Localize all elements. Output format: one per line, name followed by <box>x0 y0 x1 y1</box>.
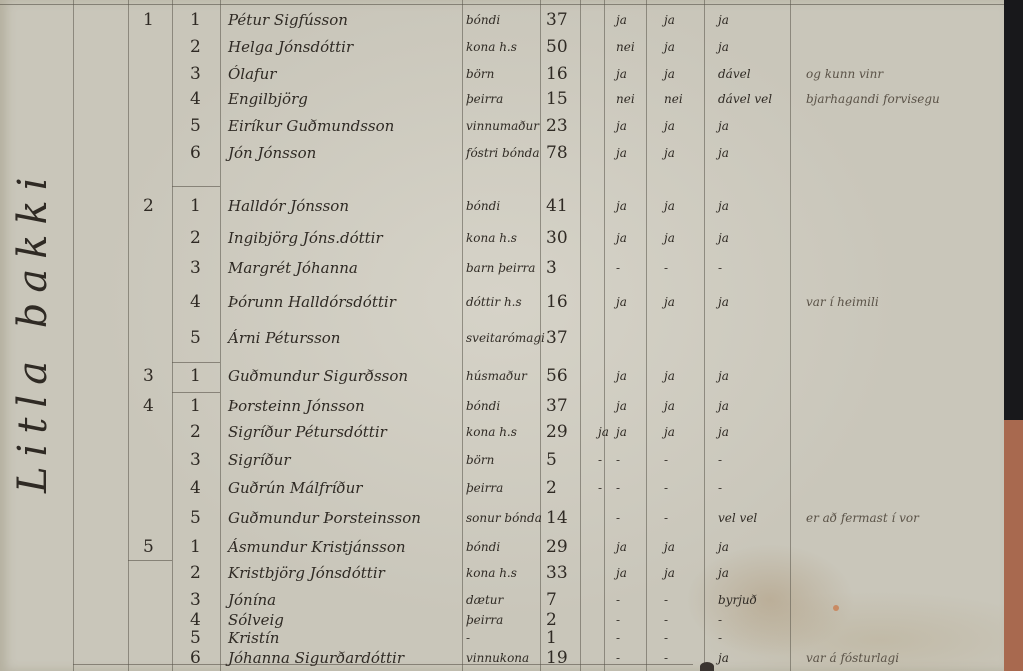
column-4-mark: vel vel <box>718 508 757 528</box>
column-3-mark: ja <box>664 116 675 136</box>
person-number: 5 <box>190 328 201 348</box>
column-4-mark: - <box>718 478 722 498</box>
column-3-mark: ja <box>664 366 675 386</box>
column-4-mark: ja <box>718 648 729 668</box>
person-number: 5 <box>190 508 201 528</box>
household-separator <box>128 560 172 561</box>
household-separator <box>172 392 220 393</box>
person-name: Sólveig <box>228 610 284 630</box>
person-name: Jónína <box>228 590 276 610</box>
person-number: 5 <box>190 116 201 136</box>
column-3-mark: - <box>664 610 668 630</box>
column-2-mark: - <box>616 628 620 648</box>
age: 29 <box>546 537 568 557</box>
farm-name-margin-note: Litla bakki <box>10 120 90 540</box>
age: 16 <box>546 292 568 312</box>
column-rule <box>220 0 221 671</box>
column-3-mark: - <box>664 590 668 610</box>
age: 15 <box>546 89 568 109</box>
column-4-mark: ja <box>718 116 729 136</box>
column-3-mark: - <box>664 450 668 470</box>
column-2-mark: ja <box>616 116 627 136</box>
column-3-mark: - <box>664 648 668 668</box>
remarks: og kunn vinr <box>806 64 883 84</box>
column-1-mark: - <box>598 478 602 498</box>
column-2-mark: ja <box>616 143 627 163</box>
household-position: börn <box>466 64 494 84</box>
column-3-mark: ja <box>664 143 675 163</box>
age: 37 <box>546 328 568 348</box>
person-number: 5 <box>190 628 201 648</box>
household-number: 3 <box>143 366 154 386</box>
person-name: Jóhanna Sigurðardóttir <box>228 648 404 668</box>
column-3-mark: ja <box>664 563 675 583</box>
column-4-mark: ja <box>718 196 729 216</box>
age: 19 <box>546 648 568 668</box>
person-number: 2 <box>190 422 201 442</box>
person-name: Guðmundur Þorsteinsson <box>228 508 421 528</box>
column-rule <box>790 0 791 671</box>
ink-blot <box>700 662 714 671</box>
person-number: 1 <box>190 537 201 557</box>
column-4-mark: - <box>718 450 722 470</box>
person-number: 6 <box>190 648 201 668</box>
paper-stain <box>833 605 839 611</box>
column-2-mark: - <box>616 648 620 668</box>
column-2-mark: ja <box>616 366 627 386</box>
person-name: Þórunn Halldórsdóttir <box>228 292 396 312</box>
person-number: 4 <box>190 610 201 630</box>
age: 41 <box>546 196 568 216</box>
column-3-mark: ja <box>664 64 675 84</box>
household-position: bóndi <box>466 396 500 416</box>
column-3-mark: - <box>664 478 668 498</box>
person-name: Margrét Jóhanna <box>228 258 358 278</box>
column-3-mark: nei <box>664 89 683 109</box>
column-1-mark: ja <box>598 422 609 442</box>
person-name: Sigríður <box>228 450 291 470</box>
age: 33 <box>546 563 568 583</box>
household-separator <box>172 186 220 187</box>
column-2-mark: ja <box>616 64 627 84</box>
column-3-mark: - <box>664 628 668 648</box>
household-position: kona h.s <box>466 37 517 57</box>
column-3-mark: ja <box>664 10 675 30</box>
household-position: kona h.s <box>466 422 517 442</box>
column-2-mark: ja <box>616 196 627 216</box>
person-name: Engilbjörg <box>228 89 308 109</box>
person-number: 4 <box>190 89 201 109</box>
person-number: 3 <box>190 450 201 470</box>
column-2-mark: ja <box>616 292 627 312</box>
column-2-mark: nei <box>616 37 635 57</box>
column-4-mark: ja <box>718 143 729 163</box>
column-2-mark: ja <box>616 537 627 557</box>
age: 5 <box>546 450 557 470</box>
household-position: þeirra <box>466 610 503 630</box>
household-position: fóstri bónda <box>466 143 540 163</box>
household-number: 4 <box>143 396 154 416</box>
age: 50 <box>546 37 568 57</box>
column-rule <box>704 0 705 671</box>
person-number: 3 <box>190 590 201 610</box>
household-position: bóndi <box>466 537 500 557</box>
column-rule <box>580 0 581 671</box>
remarks: var í heimili <box>806 292 879 312</box>
column-rule <box>462 0 463 671</box>
column-rule <box>604 0 605 671</box>
person-name: Ólafur <box>228 64 276 84</box>
person-name: Halldór Jónsson <box>228 196 349 216</box>
column-3-mark: ja <box>664 196 675 216</box>
household-position: börn <box>466 450 494 470</box>
column-2-mark: ja <box>616 228 627 248</box>
household-position: húsmaður <box>466 366 527 386</box>
column-2-mark: - <box>616 590 620 610</box>
age: 16 <box>546 64 568 84</box>
household-position: dóttir h.s <box>466 292 522 312</box>
person-name: Þorsteinn Jónsson <box>228 396 365 416</box>
book-cover-red <box>1004 420 1023 671</box>
household-position: vinnumaður <box>466 116 539 136</box>
column-3-mark: ja <box>664 292 675 312</box>
age: 7 <box>546 590 557 610</box>
household-position: - <box>466 628 470 648</box>
person-number: 2 <box>190 563 201 583</box>
person-number: 6 <box>190 143 201 163</box>
column-4-mark: ja <box>718 396 729 416</box>
age: 78 <box>546 143 568 163</box>
column-4-mark: - <box>718 610 722 630</box>
column-3-mark: ja <box>664 37 675 57</box>
age: 30 <box>546 228 568 248</box>
person-name: Kristín <box>228 628 279 648</box>
column-4-mark: byrjuð <box>718 590 757 610</box>
age: 14 <box>546 508 568 528</box>
person-number: 1 <box>190 366 201 386</box>
column-4-mark: ja <box>718 292 729 312</box>
person-name: Pétur Sigfússon <box>228 10 348 30</box>
column-2-mark: - <box>616 478 620 498</box>
column-rule <box>646 0 647 671</box>
person-name: Ingibjörg Jóns.dóttir <box>228 228 383 248</box>
household-number: 5 <box>143 537 154 557</box>
age: 1 <box>546 628 557 648</box>
person-number: 1 <box>190 196 201 216</box>
column-3-mark: - <box>664 258 668 278</box>
person-number: 3 <box>190 258 201 278</box>
person-name: Helga Jónsdóttir <box>228 37 353 57</box>
household-position: sveitarómagi <box>466 328 545 348</box>
column-3-mark: - <box>664 508 668 528</box>
column-2-mark: ja <box>616 422 627 442</box>
column-2-mark: ja <box>616 396 627 416</box>
column-4-mark: ja <box>718 228 729 248</box>
column-2-mark: nei <box>616 89 635 109</box>
column-3-mark: ja <box>664 537 675 557</box>
book-cover-dark <box>1004 0 1023 420</box>
column-rule <box>128 0 129 671</box>
column-3-mark: ja <box>664 422 675 442</box>
column-4-mark: ja <box>718 537 729 557</box>
person-name: Eiríkur Guðmundsson <box>228 116 394 136</box>
top-rule <box>0 4 1004 5</box>
remarks: er að fermast í vor <box>806 508 919 528</box>
column-4-mark: dável vel <box>718 89 772 109</box>
column-2-mark: - <box>616 258 620 278</box>
age: 2 <box>546 478 557 498</box>
remarks: var á fósturlagi <box>806 648 899 668</box>
household-position: bóndi <box>466 196 500 216</box>
age: 23 <box>546 116 568 136</box>
column-2-mark: ja <box>616 10 627 30</box>
household-position: barn þeirra <box>466 258 535 278</box>
column-2-mark: - <box>616 450 620 470</box>
household-position: þeirra <box>466 89 503 109</box>
column-4-mark: - <box>718 628 722 648</box>
person-name: Guðrún Málfríður <box>228 478 362 498</box>
column-3-mark: ja <box>664 396 675 416</box>
column-rule <box>172 0 173 671</box>
column-4-mark: ja <box>718 10 729 30</box>
person-number: 3 <box>190 64 201 84</box>
age: 37 <box>546 10 568 30</box>
person-number: 2 <box>190 37 201 57</box>
column-3-mark: ja <box>664 228 675 248</box>
age: 29 <box>546 422 568 442</box>
age: 37 <box>546 396 568 416</box>
household-number: 2 <box>143 196 154 216</box>
person-number: 4 <box>190 478 201 498</box>
household-position: vinnukona <box>466 648 529 668</box>
column-2-mark: - <box>616 610 620 630</box>
household-number: 1 <box>143 10 154 30</box>
age: 3 <box>546 258 557 278</box>
column-4-mark: ja <box>718 422 729 442</box>
person-name: Árni Pétursson <box>228 328 340 348</box>
person-name: Jón Jónsson <box>228 143 316 163</box>
age: 2 <box>546 610 557 630</box>
column-2-mark: - <box>616 508 620 528</box>
household-position: kona h.s <box>466 228 517 248</box>
person-name: Guðmundur Sigurðsson <box>228 366 408 386</box>
person-number: 2 <box>190 228 201 248</box>
household-position: bóndi <box>466 10 500 30</box>
age: 56 <box>546 366 568 386</box>
column-4-mark: - <box>718 258 722 278</box>
column-2-mark: ja <box>616 563 627 583</box>
household-separator <box>172 362 220 363</box>
person-number: 1 <box>190 396 201 416</box>
person-number: 1 <box>190 10 201 30</box>
person-name: Kristbjörg Jónsdóttir <box>228 563 385 583</box>
column-4-mark: ja <box>718 366 729 386</box>
household-position: sonur bónda <box>466 508 542 528</box>
column-4-mark: dável <box>718 64 751 84</box>
person-name: Ásmundur Kristjánsson <box>228 537 406 557</box>
ledger-page: Litla bakki 11Pétur Sigfússonbóndi37jaja… <box>0 0 1004 671</box>
column-1-mark: - <box>598 450 602 470</box>
column-4-mark: ja <box>718 37 729 57</box>
person-name: Sigríður Pétursdóttir <box>228 422 387 442</box>
person-number: 4 <box>190 292 201 312</box>
household-position: dætur <box>466 590 503 610</box>
household-position: kona h.s <box>466 563 517 583</box>
remarks: bjarhagandi forvisegu <box>806 89 940 109</box>
household-position: þeirra <box>466 478 503 498</box>
column-4-mark: ja <box>718 563 729 583</box>
